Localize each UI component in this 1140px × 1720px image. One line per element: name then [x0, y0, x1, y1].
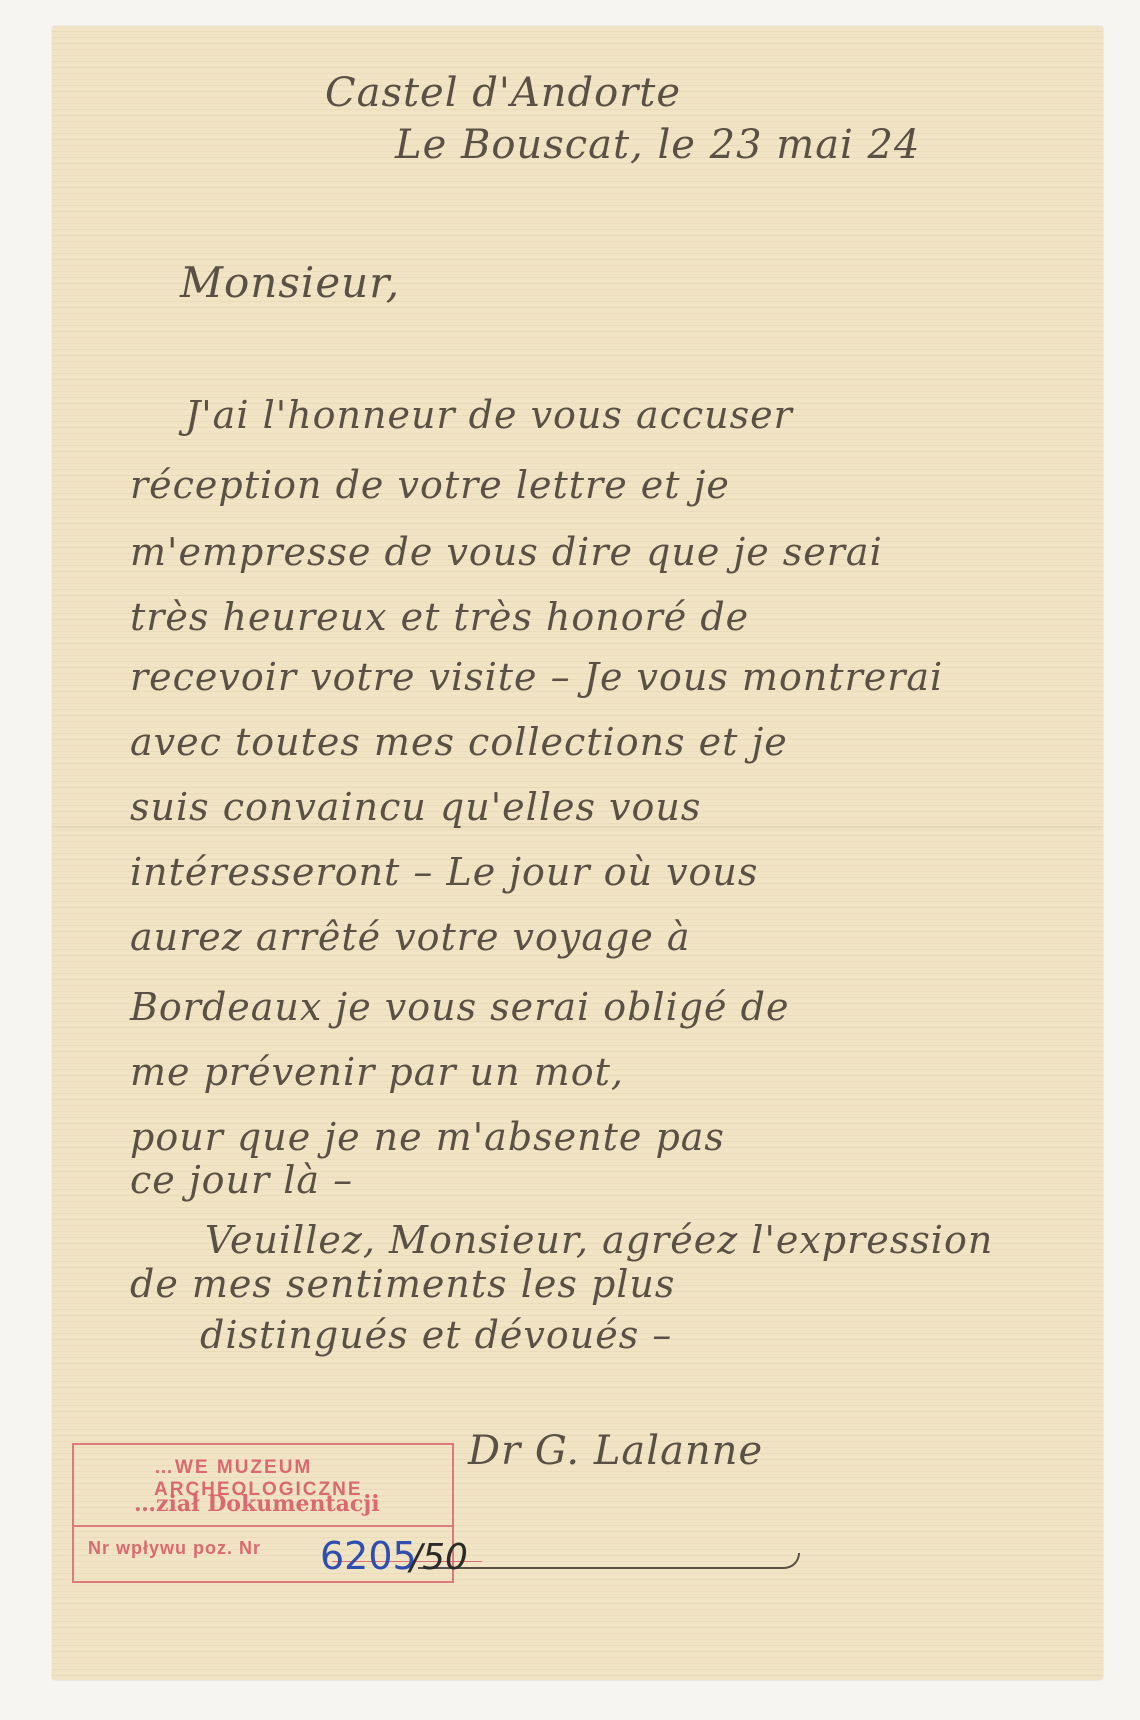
- body-line: Bordeaux je vous serai obligé de: [130, 985, 789, 1029]
- body-line: suis convaincu qu'elles vous: [130, 785, 701, 829]
- signature: Dr G. Lalanne: [468, 1428, 763, 1474]
- body-line: me prévenir par un mot,: [130, 1050, 624, 1094]
- letter-date: Le Bouscat, le 23 mai 24: [395, 122, 920, 168]
- body-line: intéresseront – Le jour où vous: [130, 850, 758, 894]
- body-line: ce jour là –: [130, 1158, 353, 1202]
- body-line: très heureux et très honoré de: [130, 595, 749, 639]
- body-line: pour que je ne m'absente pas: [130, 1115, 725, 1159]
- closing-line: distingués et dévoués –: [200, 1313, 672, 1357]
- stamp-divider: [74, 1525, 452, 1527]
- closing-line: de mes sentiments les plus: [130, 1262, 675, 1306]
- inventory-year: /50: [410, 1537, 468, 1578]
- letter-place: Castel d'Andorte: [325, 70, 681, 116]
- stamp-department: …ział Dokumentacji: [134, 1491, 380, 1517]
- body-line: m'empresse de vous dire que je serai: [130, 530, 883, 574]
- inventory-number: 6205: [320, 1534, 417, 1578]
- body-line: avec toutes mes collections et je: [130, 720, 788, 764]
- body-line: J'ai l'honneur de vous accuser: [185, 393, 793, 437]
- body-line: aurez arrêté votre voyage à: [130, 915, 691, 959]
- stamp-entry-label: Nr wpływu poz. Nr: [88, 1538, 261, 1559]
- letter-salutation: Monsieur,: [180, 258, 400, 307]
- closing-line: Veuillez, Monsieur, agréez l'expression: [205, 1218, 993, 1262]
- body-line: recevoir votre visite – Je vous montrera…: [130, 655, 943, 699]
- body-line: réception de votre lettre et je: [130, 463, 730, 507]
